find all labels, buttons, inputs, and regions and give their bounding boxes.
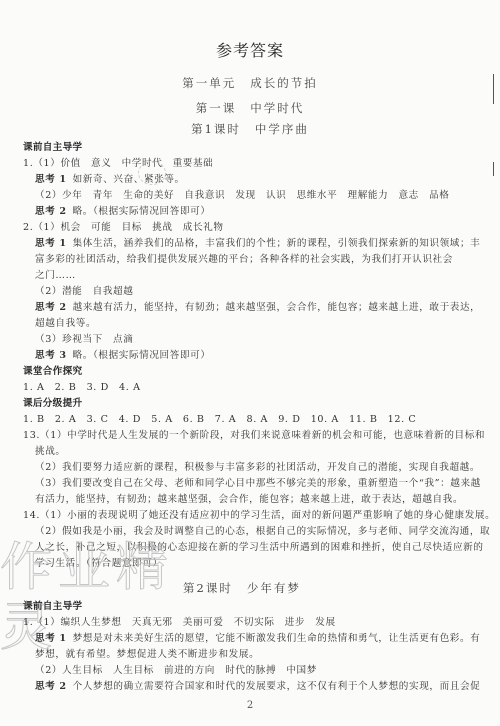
period-number: 第1课时 bbox=[191, 122, 241, 136]
page-title: 参考答案 bbox=[0, 38, 500, 61]
period-number: 第2课时 bbox=[183, 581, 233, 595]
answer-line: 之门…… bbox=[35, 269, 76, 283]
unit-number: 第一单元 bbox=[182, 76, 236, 90]
period-heading-2: 第2课时少年有梦 bbox=[183, 580, 301, 596]
answer-line: 1.（1）编织人生梦想 天真无邪 美丽可爱 不切实际 进步 发展 bbox=[23, 616, 336, 630]
answer-line: 思考 2略。（根据实际情况回答即可） bbox=[35, 205, 211, 219]
answer-line: 挑战。 bbox=[35, 445, 66, 459]
answer-line: 梦想，就有希望。梦想促进人类不断进步和发展。 bbox=[35, 648, 259, 662]
scan-edge-mark bbox=[493, 162, 494, 176]
period-title: 中学序曲 bbox=[255, 122, 309, 136]
lesson-title: 中学时代 bbox=[250, 101, 304, 115]
answer-page: 参考答案 第一单元成长的节拍 第一课中学时代 第1课时中学序曲 课前自主导学 1… bbox=[0, 0, 500, 726]
lesson-heading: 第一课中学时代 bbox=[0, 100, 500, 116]
answer-line: 思考 1梦想是对未来美好生活的愿望，它能不断激发我们生命的热情和勇气，让生活更有… bbox=[35, 632, 480, 646]
section-heading-pre-study: 课前自主导学 bbox=[23, 600, 82, 614]
answer-line: （2）潜能 自我超越 bbox=[35, 285, 133, 299]
answer-line: （2）少年 青年 生命的美好 自我意识 发现 认识 思维水平 理解能力 意志 品… bbox=[35, 189, 449, 203]
answer-line: 13.（1）中学时代是人生发展的一个新阶段，对我们来说意味着新的机会和可能，也意… bbox=[23, 429, 485, 443]
answer-line: （3）珍视当下 点滴 bbox=[35, 333, 133, 347]
period-heading-1: 第1课时中学序曲 bbox=[0, 121, 500, 137]
answer-line: 2.（1）机会 可能 目标 挑战 成长礼物 bbox=[23, 221, 224, 235]
answer-line: 思考 2个人梦想的确立需要符合国家和时代的发展要求，这不仅有利于个人梦想的实现，… bbox=[35, 680, 480, 694]
answer-line: 超越自我等。 bbox=[35, 317, 96, 331]
answer-line: （3）我们要改变自己在父母、老师和同学心目中那些不够完美的形象，重新塑造一个“我… bbox=[35, 477, 481, 491]
scan-edge-mark bbox=[493, 74, 494, 104]
answer-line: （2）我们要努力适应新的课程，积极参与丰富多彩的社团活动，开发自己的潜能，实现自… bbox=[35, 461, 480, 475]
answer-line: 思考 3略。（根据实际情况回答即可） bbox=[35, 349, 211, 363]
period-title: 少年有梦 bbox=[247, 581, 301, 595]
section-heading-pre-study: 课前自主导学 bbox=[23, 141, 82, 155]
answer-line: 有活力，能坚持，有韧劲；越来越坚强，会合作，能包容；越来越上进，敢于表达，超越自… bbox=[35, 493, 463, 507]
stamp-mark bbox=[138, 161, 166, 185]
answer-line: 思考 2越来越有活力，能坚持，有韧劲；越来越坚强，会合作，能包容；越来越上进，敢… bbox=[35, 301, 480, 315]
section-heading-class-explore: 课堂合作探究 bbox=[23, 365, 82, 379]
section-heading-after-class: 课后分级提升 bbox=[23, 397, 82, 411]
answer-line: 1.（1）价值 意义 中学时代 重要基础 bbox=[23, 157, 213, 171]
answer-line: （2）假如我是小丽，我会及时调整自己的心态，根据自己的实际情况，多与老师、同学交… bbox=[35, 525, 490, 539]
page-number: 2 bbox=[0, 700, 500, 711]
lesson-number: 第一课 bbox=[196, 101, 237, 115]
answer-line: 富多彩的社团活动，给我们提供发展兴趣的平台；各种各样的社会实践，为我们打开认识社… bbox=[35, 253, 453, 267]
answer-line: （2）人生目标 人生目标 前进的方向 时代的脉搏 中国梦 bbox=[35, 664, 317, 678]
answer-line: 1. B 2. A 3. C 4. D 5. A 6. B 7. A 8. A … bbox=[23, 413, 416, 427]
unit-heading: 第一单元成长的节拍 bbox=[0, 75, 500, 91]
answer-line: 14.（1）小丽的表现说明了她还没有适应初中的学习生活，面对的新问题严重影响了她… bbox=[23, 509, 495, 523]
answer-line: 1. A 2. B 3. D 4. A bbox=[23, 381, 141, 395]
unit-title: 成长的节拍 bbox=[250, 76, 318, 90]
answer-line: 思考 1集体生活，涵养我们的品格，丰富我们的个性；新的课程，引领我们探索新的知识… bbox=[35, 237, 480, 251]
